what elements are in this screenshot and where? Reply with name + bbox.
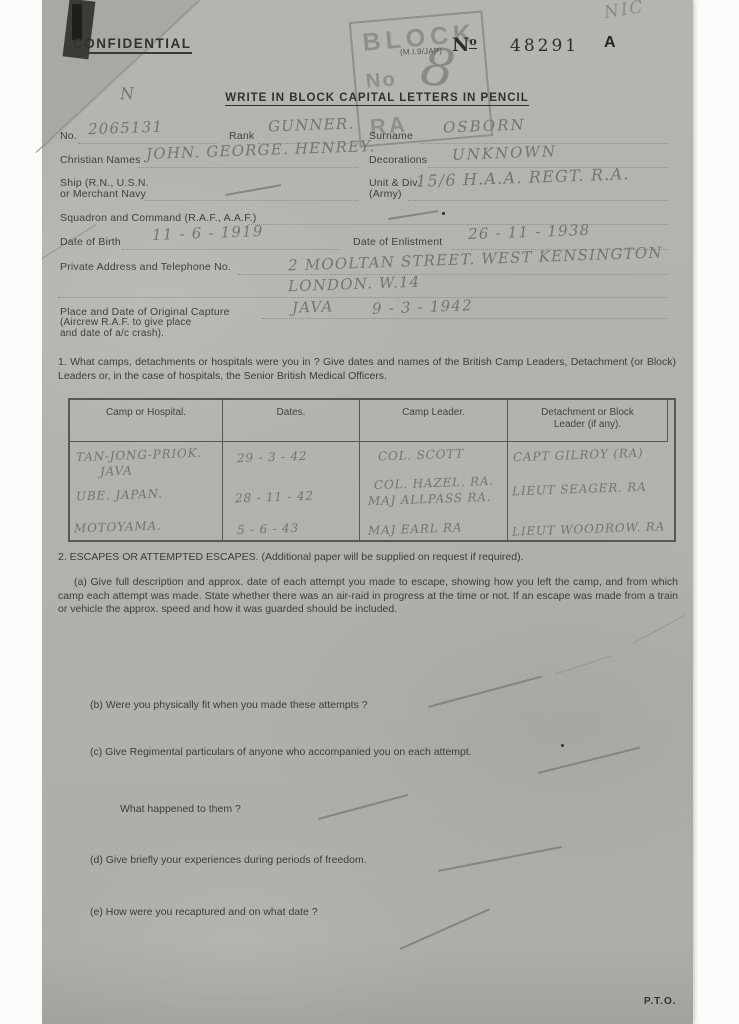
form-reference: (M.I.9/JAP) (400, 46, 443, 56)
rule-line (248, 223, 668, 225)
leader-entry: COL. SCOTT (378, 447, 465, 464)
date-entry: 5 - 6 - 43 (237, 521, 299, 537)
answer-dash-c (538, 747, 640, 774)
field-unit-label-2: (Army) (369, 188, 402, 200)
table-header-dates: Dates. (223, 400, 360, 442)
rule-line (138, 166, 358, 168)
field-surname-label: Surname (369, 130, 413, 142)
field-dob-label: Date of Birth (60, 236, 121, 248)
block-leader-entry: CAPT GILROY (RA) (513, 446, 644, 465)
block-leader-entry: LIEUT SEAGER. RA (512, 480, 647, 499)
field-surname-value: OSBORN (443, 116, 526, 137)
answer-dash-d (438, 846, 562, 872)
ship-dash-answer (225, 184, 281, 195)
question-1-text: 1. What camps, detachments or hospitals … (58, 356, 676, 383)
corner-pencil-note: NIC (603, 0, 646, 23)
answer-dash-a (634, 615, 686, 643)
field-capture-label-3: and date of a/c crash). (60, 328, 164, 339)
question-2a-text: (a) Give full description and approx. da… (58, 576, 678, 617)
field-ship-label-2: or Merchant Navy (60, 188, 146, 200)
rule-line (408, 199, 668, 201)
pto-label: P.T.O. (644, 996, 677, 1007)
field-decorations-label: Decorations (369, 154, 427, 166)
question-2e-text: (e) How were you recaptured and on what … (90, 906, 318, 920)
paper-sheet: CONFIDENTIAL N BLOCK No RA 8 (M.I.9/JAP)… (42, 0, 693, 1024)
field-capture-date-value: 9 - 3 - 1942 (372, 296, 473, 318)
question-2-title: 2. ESCAPES OR ATTEMPTED ESCAPES. (Additi… (58, 551, 678, 565)
field-address-value-2: LONDON. W.14 (288, 273, 421, 296)
squadron-dash-answer (388, 210, 439, 219)
field-squadron-label: Squadron and Command (R.A.F., A.A.F.) (60, 212, 257, 224)
table-cell-leaders: COL. SCOTT COL. HAZEL. RA. MAJ ALLPASS R… (360, 442, 508, 540)
question-2c-text: (c) Give Regimental particulars of anyon… (90, 746, 472, 760)
field-christian-names-label: Christian Names (60, 154, 141, 166)
question-2c-followup-text: What happened to them ? (120, 803, 241, 817)
field-enlistment-label: Date of Enlistment (353, 236, 442, 248)
table-header-leader: Camp Leader. (360, 400, 508, 442)
leader-entry: MAJ ALLPASS RA. (368, 490, 492, 508)
answer-dash-what-happened (318, 794, 408, 820)
field-christian-names-value: JOHN. GEORGE. HENREY. (146, 137, 376, 163)
date-entry: 28 - 11 - 42 (235, 489, 314, 506)
field-decorations-value: UNKNOWN (452, 142, 558, 164)
rule-line (262, 317, 668, 319)
table-cell-dates: 29 - 3 - 42 28 - 11 - 42 5 - 6 - 43 (223, 442, 360, 540)
rule-line (122, 248, 340, 250)
table-header-block-leader: Detachment or Block Leader (if any). (508, 400, 668, 442)
series-letter: A (604, 34, 616, 52)
pencil-dot (442, 212, 445, 215)
answer-dash-b2 (554, 655, 611, 674)
field-capture-place-value: JAVA (292, 297, 334, 316)
serial-number: 48291 (510, 36, 579, 56)
classification-label: CONFIDENTIAL (73, 36, 192, 54)
field-rank-value: GUNNER. (268, 114, 355, 135)
pencil-mark-n: N (120, 84, 136, 104)
field-no-value: 2065131 (88, 118, 164, 139)
block-leader-entry: LIEUT WOODROW. RA (512, 519, 665, 538)
rule-line (58, 296, 668, 298)
field-no-label: No. (60, 130, 77, 142)
serial-no-label: No (452, 34, 477, 56)
rule-line (145, 199, 358, 201)
field-address-label: Private Address and Telephone No. (60, 261, 231, 273)
field-dob-value: 11 - 6 - 1919 (152, 222, 264, 244)
camp-entry: TAN-JONG-PRIOK. (76, 446, 202, 464)
binding-mark-dark (72, 4, 82, 40)
leader-entry: MAJ EARL RA (368, 520, 463, 537)
field-unit-value: 15/6 H.A.A. REGT. R.A. (416, 164, 630, 190)
camp-entry: UBE. JAPAN. (76, 486, 163, 503)
camp-entry: JAVA (100, 463, 133, 478)
field-rank-label: Rank (229, 130, 254, 142)
pencil-dot (561, 744, 564, 747)
question-2d-text: (d) Give briefly your experiences during… (90, 854, 367, 868)
camps-table: Camp or Hospital. Dates. Camp Leader. De… (68, 398, 676, 542)
answer-dash-b (428, 675, 542, 707)
stamp-word-no: No (365, 68, 398, 94)
table-header-camp: Camp or Hospital. (70, 400, 223, 442)
table-cell-block-leaders: CAPT GILROY (RA) LIEUT SEAGER. RA LIEUT … (508, 442, 668, 540)
table-cell-camps: TAN-JONG-PRIOK. JAVA UBE. JAPAN. MOTOYAM… (70, 442, 223, 540)
date-entry: 29 - 3 - 42 (237, 449, 308, 465)
block-capitals-instruction: WRITE IN BLOCK CAPITAL LETTERS IN PENCIL (197, 92, 557, 104)
rule-line (238, 273, 668, 275)
camp-entry: MOTOYAMA. (74, 518, 162, 535)
field-enlistment-value: 26 - 11 - 1938 (468, 221, 591, 243)
question-2b-text: (b) Were you physically fit when you mad… (90, 699, 368, 713)
scanned-pow-questionnaire-page: CONFIDENTIAL N BLOCK No RA 8 (M.I.9/JAP)… (0, 0, 739, 1024)
field-capture-label-2: (Aircrew R.A.F. to give place (60, 317, 191, 328)
answer-dash-e (400, 908, 490, 949)
